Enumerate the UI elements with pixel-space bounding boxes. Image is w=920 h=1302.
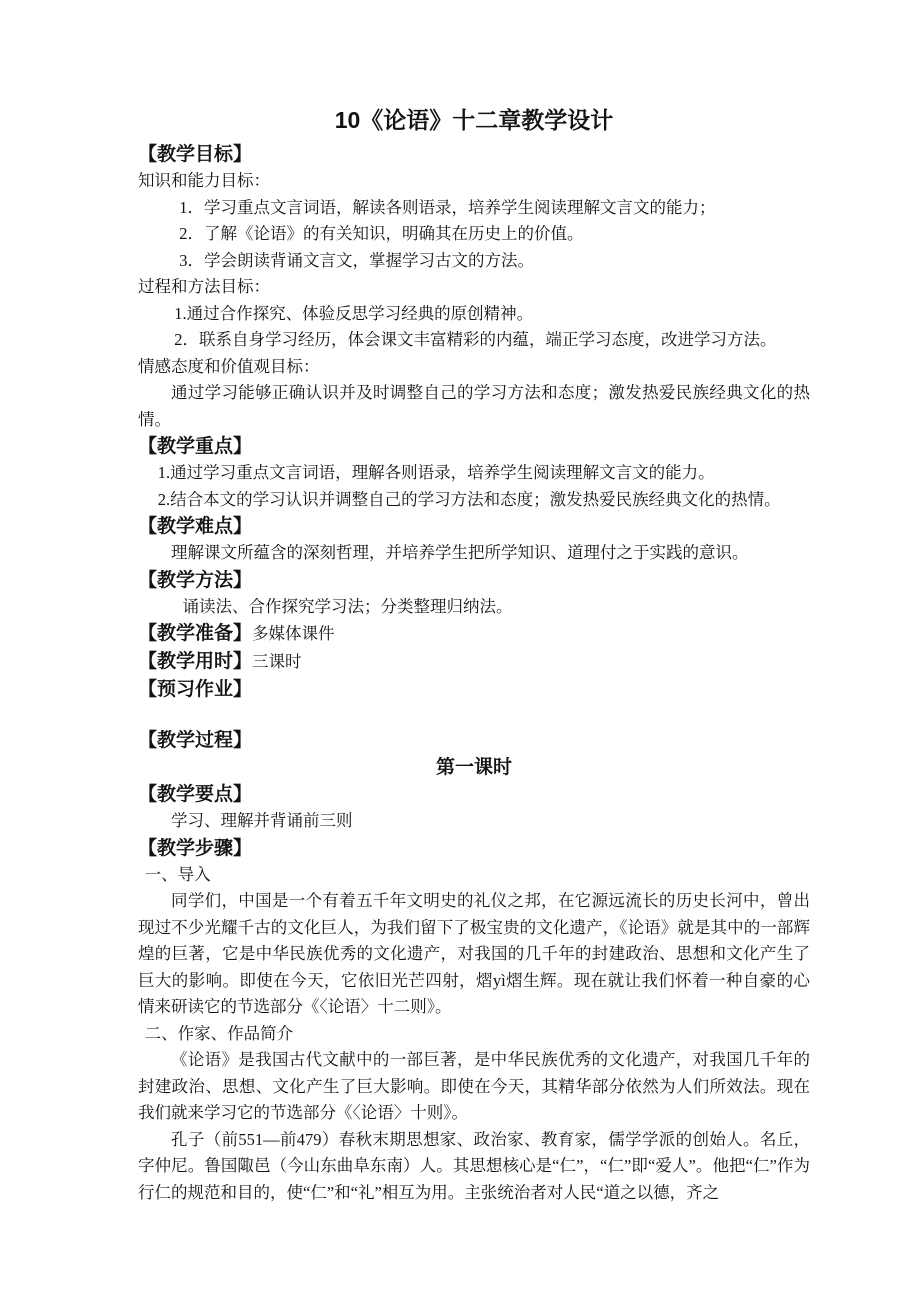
- preparation-heading: 【教学准备】: [138, 623, 252, 644]
- preview-homework-heading: 【预习作业】: [138, 676, 810, 703]
- preparation-value: 多媒体课件: [252, 624, 335, 643]
- knowledge-goals-label: 知识和能力目标：: [138, 168, 810, 195]
- teaching-process-heading: 【教学过程】: [138, 727, 810, 754]
- objectives-heading: 【教学目标】: [138, 141, 810, 168]
- teaching-steps-heading: 【教学步骤】: [138, 835, 810, 862]
- work-intro-paragraph: 《论语》是我国古代文献中的一部巨著，是中华民族优秀的文化遗产，对我国几千年的封建…: [138, 1047, 810, 1127]
- methods-text: 诵读法、合作探究学习法；分类整理归纳法。: [138, 594, 810, 621]
- intro-paragraph: 同学们，中国是一个有着五千年文明史的礼仪之邦，在它源远流长的历史长河中，曾出现过…: [138, 888, 810, 1021]
- blank-line: [138, 703, 810, 727]
- document-page: 10《论语》十二章教学设计 【教学目标】 知识和能力目标： 1．学习重点文言词语…: [0, 0, 920, 1302]
- process-goal-item: 1.通过合作探究、体验反思学习经典的原创精神。: [138, 301, 810, 328]
- knowledge-goal-item: 2．了解《论语》的有关知识，明确其在历史上的价值。: [138, 221, 810, 248]
- doc-title: 10《论语》十二章教学设计: [138, 104, 810, 136]
- methods-heading: 【教学方法】: [138, 567, 810, 594]
- preparation-row: 【教学准备】多媒体课件: [138, 620, 810, 648]
- emotion-goals-text: 通过学习能够正确认识并及时调整自己的学习方法和态度；激发热爱民族经典文化的热情。: [138, 380, 810, 433]
- author-intro-paragraph: 孔子（前551—前479）春秋末期思想家、政治家、教育家，儒学学派的创始人。名丘…: [138, 1127, 810, 1207]
- class-time-value: 三课时: [252, 652, 302, 671]
- process-goal-item: 2．联系自身学习经历，体会课文丰富精彩的内蕴，端正学习态度，改进学习方法。: [138, 327, 810, 354]
- emotion-goals-label: 情感态度和价值观目标：: [138, 354, 810, 381]
- class-time-row: 【教学用时】三课时: [138, 648, 810, 676]
- difficulties-text: 理解课文所蕴含的深刻哲理，并培养学生把所学知识、道理付之于实践的意识。: [138, 540, 810, 567]
- lesson-key-points-heading: 【教学要点】: [138, 781, 810, 808]
- knowledge-goal-item: 3．学会朗读背诵文言文，掌握学习古文的方法。: [138, 248, 810, 275]
- key-points-heading: 【教学重点】: [138, 433, 810, 460]
- lesson-key-points-text: 学习、理解并背诵前三则: [138, 808, 810, 835]
- class-time-heading: 【教学用时】: [138, 651, 252, 672]
- process-goals-label: 过程和方法目标：: [138, 274, 810, 301]
- step-one-label: 一、导入: [138, 862, 810, 889]
- difficulties-heading: 【教学难点】: [138, 513, 810, 540]
- step-two-label: 二、作家、作品简介: [138, 1021, 810, 1048]
- knowledge-goal-item: 1．学习重点文言词语，解读各则语录，培养学生阅读理解文言文的能力；: [138, 195, 810, 222]
- key-point-item: 2.结合本文的学习认识并调整自己的学习方法和态度；激发热爱民族经典文化的热情。: [138, 487, 810, 514]
- key-point-item: 1.通过学习重点文言词语，理解各则语录，培养学生阅读理解文言文的能力。: [138, 460, 810, 487]
- lesson-one-title: 第一课时: [138, 754, 810, 781]
